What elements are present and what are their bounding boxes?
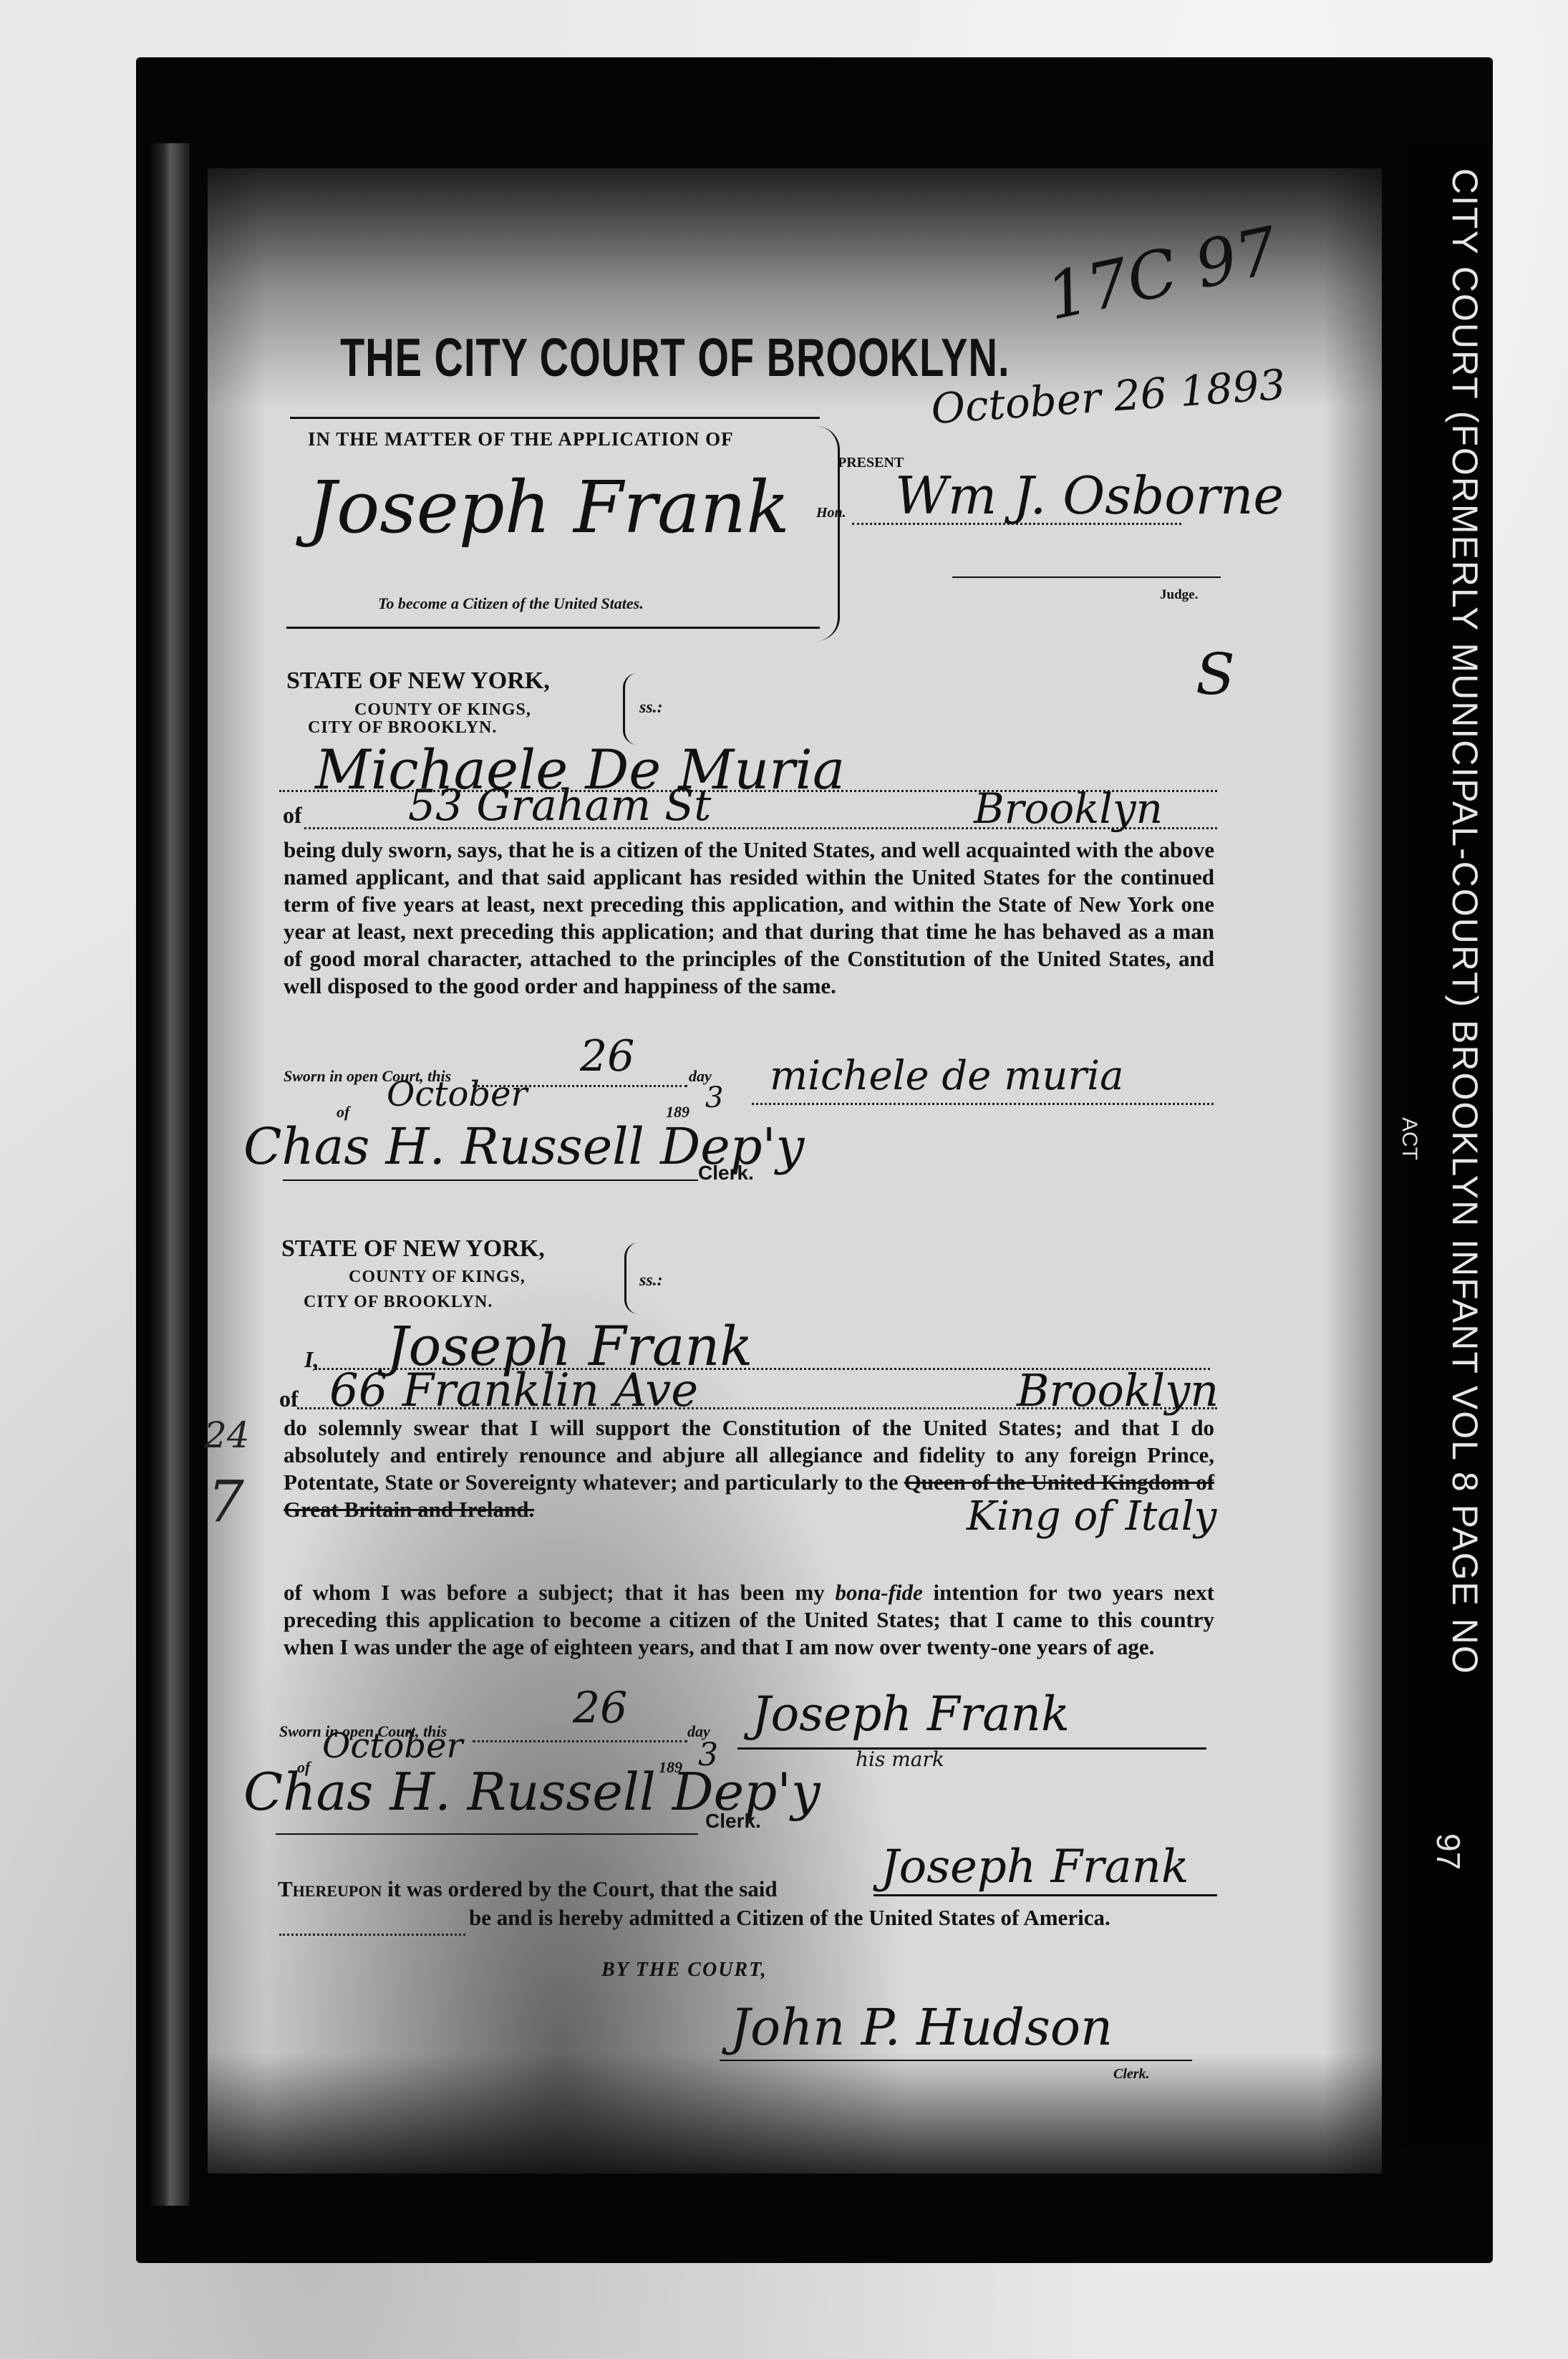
sovereign-handwritten: King of Italy	[967, 1493, 1216, 1540]
year-suffix-1: 3	[705, 1081, 723, 1114]
venue-county-1: COUNTY OF KINGS,	[354, 700, 531, 720]
matter-rule	[286, 627, 820, 629]
witness-address: 53 Graham St	[408, 781, 711, 831]
signature-note: his mark	[856, 1747, 944, 1771]
court-clerk-signature: John P. Hudson	[730, 1998, 1113, 2057]
order-text-2: be and is hereby admitted a Citizen of t…	[469, 1905, 1110, 1931]
venue-county-2: COUNTY OF KINGS,	[349, 1268, 526, 1287]
witness-signature: michele de muria	[770, 1053, 1123, 1099]
clerk-label-2: Clerk.	[705, 1810, 761, 1833]
spine-label: CITY COURT (FORMERLY MUNICIPAL-COURT) BR…	[1444, 168, 1486, 1675]
clerk-label-1: Clerk.	[698, 1162, 754, 1185]
spine-page-number: 97	[1429, 1833, 1468, 1870]
clerk-line-1	[283, 1179, 698, 1181]
judge-label: Judge.	[1160, 587, 1198, 603]
by-court-label: BY THE COURT,	[601, 1959, 768, 1982]
thereupon-label: Thereupon	[278, 1876, 382, 1901]
order-line-1: Thereupon it was ordered by the Court, t…	[278, 1876, 778, 1902]
applicant-signature: Joseph Frank	[752, 1687, 1070, 1742]
venue-brace-1	[623, 673, 638, 745]
court-clerk-label: Clerk.	[1113, 2066, 1150, 2083]
venue-brace-2	[624, 1243, 639, 1314]
sworn-month-2: October	[322, 1726, 463, 1766]
hon-label: Hon.	[816, 505, 846, 521]
venue-state-1: STATE OF NEW YORK,	[286, 667, 550, 695]
order-applicant-name: Joseph Frank	[881, 1841, 1189, 1894]
margin-note-1: 24	[204, 1414, 250, 1456]
margin-note-2: 7	[208, 1468, 244, 1535]
sworn-day-1: 26	[580, 1031, 634, 1081]
venue-city-1: CITY OF BROOKLYN.	[308, 718, 497, 738]
witness-affidavit-body: being duly sworn, says, that he is a cit…	[284, 836, 1214, 1000]
applicant-address-line	[297, 1407, 1217, 1409]
sworn-day-2: 26	[573, 1683, 627, 1733]
present-label: PRESENT	[838, 455, 904, 471]
oath-body-2-pre: of whom I was before a subject; that it …	[284, 1580, 836, 1605]
court-clerk-line	[720, 2060, 1192, 2061]
become-citizen-label: To become a Citizen of the United States…	[378, 594, 644, 613]
witness-signature-line	[752, 1103, 1214, 1105]
applicant-signature-line	[737, 1747, 1206, 1750]
judge-line	[952, 577, 1221, 578]
witness-city: Brooklyn	[974, 784, 1163, 833]
page-title: THE CITY COURT OF BROOKLYN.	[340, 326, 1010, 389]
binding-rail	[147, 143, 190, 2206]
ss-label-1: ss.:	[639, 698, 663, 718]
sworn-month-1: October	[387, 1074, 528, 1114]
oath-body-2-italic: bona-fide	[836, 1580, 923, 1605]
of-label-2: of	[279, 1386, 299, 1412]
venue-city-2: CITY OF BROOKLYN.	[304, 1293, 493, 1312]
clerk-line-2	[276, 1833, 698, 1835]
matter-brace	[816, 426, 840, 641]
sworn-day-line-2	[473, 1740, 687, 1742]
order-leading-line	[279, 1934, 465, 1936]
spine-sub-note: ACT	[1397, 1117, 1421, 1160]
order-text-1: it was ordered by the Court, that the sa…	[387, 1876, 778, 1901]
venue-state-2: STATE OF NEW YORK,	[281, 1235, 545, 1263]
witness-address-line	[304, 827, 1217, 829]
order-name-line	[873, 1894, 1217, 1896]
ss-label-2: ss.:	[639, 1271, 663, 1291]
oath-body-part-2: of whom I was before a subject; that it …	[284, 1579, 1214, 1661]
matter-label: IN THE MATTER OF THE APPLICATION OF	[308, 428, 734, 450]
margin-mark: S	[1196, 641, 1235, 708]
judge-signature: Wm J. Osborne	[895, 465, 1284, 526]
hon-line	[852, 523, 1181, 525]
of-label-1: of	[283, 802, 302, 829]
title-rule	[290, 417, 820, 419]
applicant-name-header: Joseph Frank	[308, 465, 790, 549]
